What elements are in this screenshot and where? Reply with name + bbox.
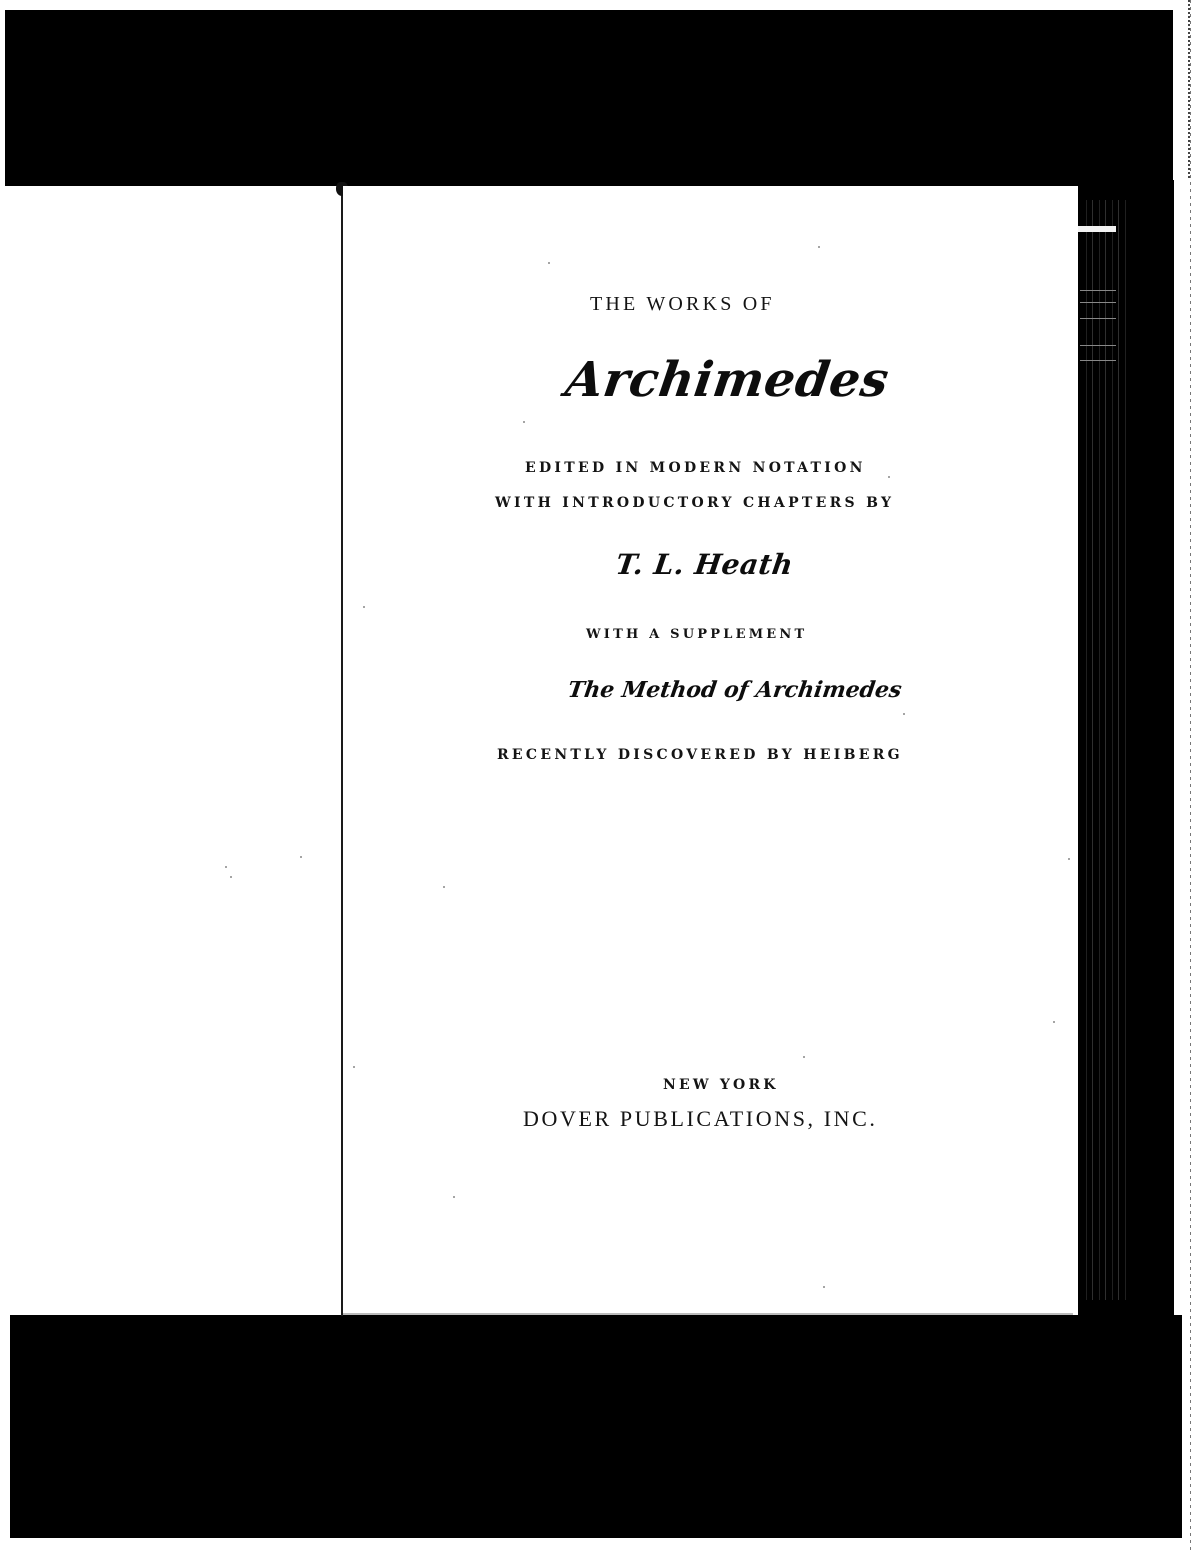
scan-border-top	[5, 10, 1173, 186]
author-name: T. L. Heath	[614, 548, 796, 581]
scan-speck	[225, 866, 227, 868]
scan-speck	[548, 262, 550, 264]
scan-speck	[823, 1286, 825, 1288]
blank-facing-page	[0, 186, 342, 1315]
scan-speck	[1068, 858, 1070, 860]
scan-speck	[803, 1056, 805, 1058]
scan-speck	[903, 713, 905, 715]
supplement-line: WITH A SUPPLEMENT	[586, 627, 807, 642]
scan-speck	[230, 876, 232, 878]
scan-speck	[523, 421, 525, 423]
title-heading: THE WORKS OF	[590, 293, 775, 316]
edited-line: EDITED IN MODERN NOTATION	[525, 460, 866, 476]
imprint-city: NEW YORK	[663, 1077, 779, 1093]
imprint-publisher: DOVER PUBLICATIONS, INC.	[523, 1106, 878, 1132]
scan-speck	[300, 856, 302, 858]
intro-line: WITH INTRODUCTORY CHAPTERS BY	[495, 495, 894, 511]
book-edge-line	[1080, 302, 1116, 303]
scan-speck	[453, 1196, 455, 1198]
discovery-line: RECENTLY DISCOVERED BY HEIBERG	[497, 747, 903, 763]
supplement-title: The Method of Archimedes	[566, 677, 903, 703]
book-edge-line	[1080, 360, 1116, 361]
scan-speck	[443, 886, 445, 888]
book-edge-line	[1080, 318, 1116, 319]
book-edge-highlight	[1078, 226, 1116, 232]
scan-border-bottom	[10, 1315, 1182, 1538]
scan-edge-dotted-line-top	[1188, 0, 1190, 180]
scan-edge-dotted-line	[1190, 0, 1191, 1552]
scan-speck	[363, 606, 365, 608]
scan-speck	[353, 1066, 355, 1068]
main-title: Archimedes	[562, 352, 892, 408]
book-edge-line	[1080, 345, 1116, 346]
scan-speck	[1053, 1021, 1055, 1023]
book-page-edges	[1080, 200, 1130, 1300]
page-bottom-edge	[343, 1313, 1073, 1315]
scan-speck	[888, 476, 890, 478]
scan-speck	[818, 246, 820, 248]
book-edge-line	[1080, 290, 1116, 291]
